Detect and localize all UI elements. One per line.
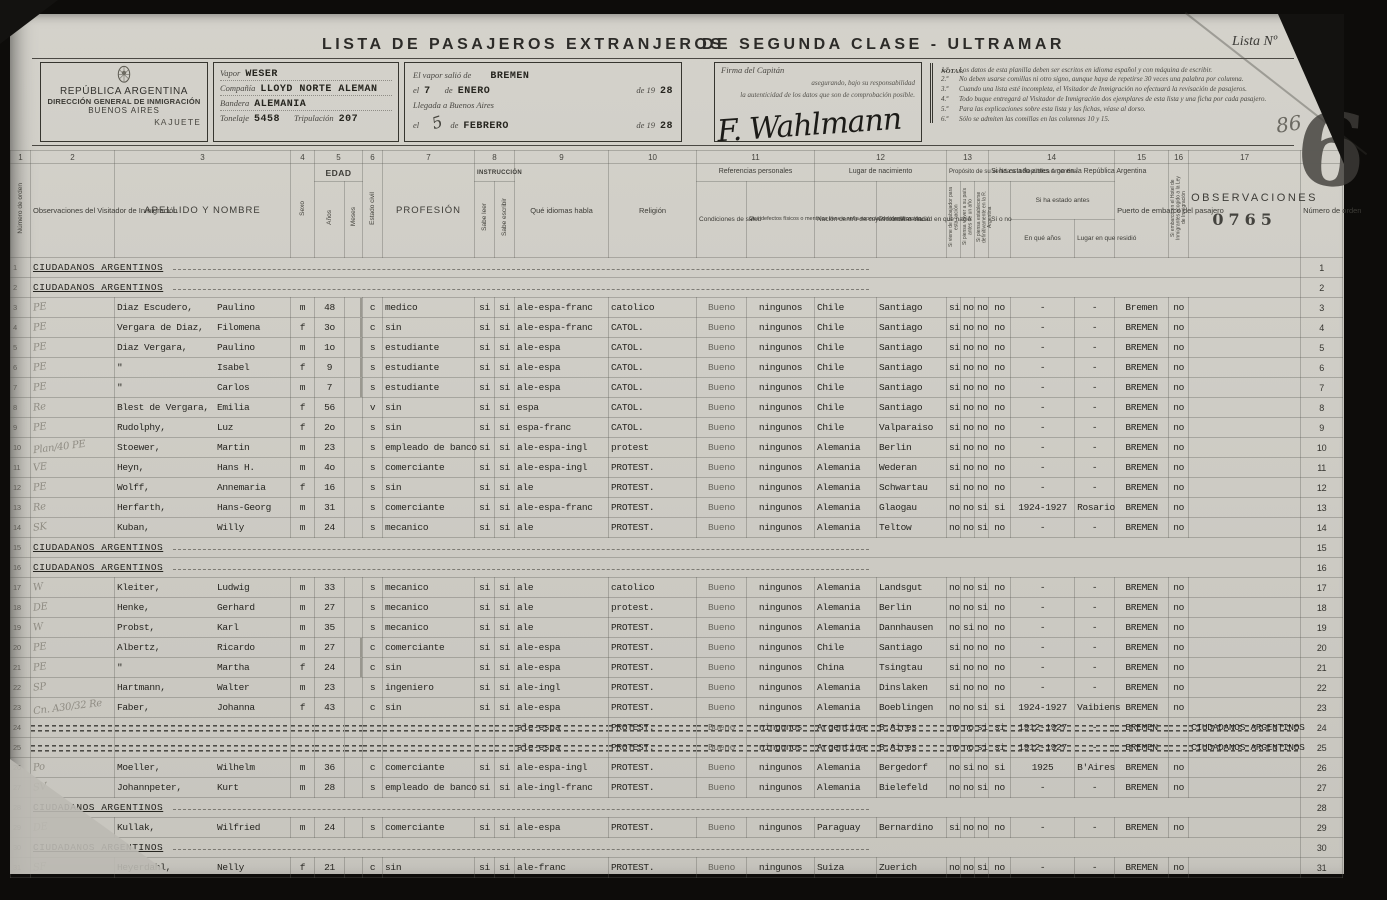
months-cell bbox=[345, 738, 363, 758]
residence-cell: Rosario bbox=[1075, 498, 1115, 518]
col-meses: Meses bbox=[345, 182, 363, 258]
been-before-cell: no bbox=[989, 518, 1011, 538]
section-row: 2CIUDADANOS ARGENTINOS2 bbox=[11, 278, 1343, 298]
nation-cell: Alemania bbox=[815, 598, 877, 618]
row-number: 4 bbox=[1301, 318, 1343, 338]
languages-cell: ale bbox=[515, 578, 609, 598]
age-cell: 4o bbox=[315, 458, 345, 478]
religion-cell: CATOL. bbox=[609, 318, 697, 338]
been-before-cell: no bbox=[989, 378, 1011, 398]
col-idiomas: Qué idiomas habla bbox=[515, 164, 609, 258]
reads-cell: si bbox=[475, 378, 495, 398]
surname: Hartmann, bbox=[117, 682, 217, 693]
months-cell bbox=[345, 658, 363, 678]
purpose-3-cell: no bbox=[975, 338, 989, 358]
been-before-cell: no bbox=[989, 358, 1011, 378]
months-cell bbox=[345, 598, 363, 618]
row-number-left: 7 bbox=[11, 378, 31, 398]
column-number: 16 bbox=[1169, 151, 1189, 164]
reads-cell: si bbox=[475, 638, 495, 658]
health-cell: Bueno bbox=[697, 438, 747, 458]
purpose-1-cell: no bbox=[947, 698, 961, 718]
name-cell: Kullak,Wilfried bbox=[115, 818, 291, 838]
purpose-3-cell: si bbox=[975, 698, 989, 718]
civil-status-cell: s bbox=[363, 338, 383, 358]
given-name: Karl bbox=[217, 622, 239, 633]
age-cell: 21 bbox=[315, 858, 345, 878]
purpose-2-cell: no bbox=[961, 418, 975, 438]
defects-cell: ningunos bbox=[747, 578, 815, 598]
purpose-3-cell: si bbox=[975, 858, 989, 878]
note-num: 6.ª bbox=[941, 115, 959, 123]
observations-cell bbox=[1189, 338, 1301, 358]
section-label: CIUDADANOS ARGENTINOS bbox=[33, 542, 163, 553]
writes-cell: si bbox=[495, 318, 515, 338]
passenger-row: 23Cn. A30/32 ReFaber,Johannaf43csinsisia… bbox=[11, 698, 1343, 718]
row-number-left: 11 bbox=[11, 458, 31, 478]
purpose-2-cell: no bbox=[961, 438, 975, 458]
writes-cell: si bbox=[495, 338, 515, 358]
llegada-label: Llegada a Buenos Aires bbox=[413, 100, 494, 110]
civil-status-cell: s bbox=[363, 378, 383, 398]
reads-cell: si bbox=[475, 518, 495, 538]
health-cell: Bueno bbox=[697, 658, 747, 678]
writes-cell: si bbox=[495, 658, 515, 678]
nation-cell: Alemania bbox=[815, 758, 877, 778]
column-number: 10 bbox=[609, 151, 697, 164]
row-number-left: 22 bbox=[11, 678, 31, 698]
province-cell: Bergedorf bbox=[877, 758, 947, 778]
hotel-cell: no bbox=[1169, 758, 1189, 778]
hotel-cell: no bbox=[1169, 418, 1189, 438]
writes-cell: si bbox=[495, 778, 515, 798]
section-row: 30CIUDADANOS ARGENTINOS30 bbox=[11, 838, 1343, 858]
months-cell bbox=[345, 618, 363, 638]
col-sabe-escribir: Sabe escribir bbox=[495, 182, 515, 258]
languages-cell: ale-espa-franc bbox=[515, 298, 609, 318]
been-before-cell: si bbox=[989, 758, 1011, 778]
languages-cell: ale bbox=[515, 618, 609, 638]
observations-cell bbox=[1189, 298, 1301, 318]
pencil-note: Re bbox=[32, 501, 46, 513]
passenger-row: 10Plan/40 PEStoewer,Martinm23sempleado d… bbox=[11, 438, 1343, 458]
column-number: 7 bbox=[383, 151, 475, 164]
given-name: Hans-Georg bbox=[217, 502, 271, 513]
profession-cell: mecanico bbox=[383, 598, 475, 618]
defects-cell: ningunos bbox=[747, 658, 815, 678]
pencil-note: PE bbox=[32, 301, 47, 314]
years-before-cell: - bbox=[1011, 598, 1075, 618]
nation-cell: Argentina bbox=[815, 718, 877, 738]
reads-cell bbox=[475, 738, 495, 758]
age-cell: 27 bbox=[315, 598, 345, 618]
llegada-year: 28 bbox=[660, 121, 673, 132]
row-number-left: 25 bbox=[11, 738, 31, 758]
residence-cell: Vaibiens bbox=[1075, 698, 1115, 718]
surname: Wolff, bbox=[117, 482, 217, 493]
section-row: 28CIUDADANOS ARGENTINOS28 bbox=[11, 798, 1343, 818]
purpose-1-cell: si bbox=[947, 478, 961, 498]
salio-label: El vapor salió de bbox=[413, 70, 471, 80]
province-cell: Bernardino bbox=[877, 818, 947, 838]
dashed-rule bbox=[173, 289, 869, 290]
profession-cell: comerciante bbox=[383, 758, 475, 778]
writes-cell: si bbox=[495, 578, 515, 598]
profession-cell bbox=[383, 738, 475, 758]
residence-cell: - bbox=[1075, 338, 1115, 358]
pencil-note: PE bbox=[32, 641, 47, 654]
given-name: Martin bbox=[217, 442, 249, 453]
languages-cell: ale-espa-ingl bbox=[515, 438, 609, 458]
months-cell bbox=[345, 418, 363, 438]
col-sexo: Sexo bbox=[291, 164, 315, 258]
margin-note-cell: W bbox=[31, 618, 115, 638]
passenger-row: 29DEKullak,Wilfriedm24scomerciantesisial… bbox=[11, 818, 1343, 838]
name-cell: "Carlos bbox=[115, 378, 291, 398]
pencil-note: VE bbox=[32, 461, 47, 474]
years-before-cell: - bbox=[1011, 398, 1075, 418]
compania-value: LLOYD NORTE ALEMAN bbox=[260, 84, 377, 95]
purpose-2-cell: no bbox=[961, 718, 975, 738]
port-cell: BREMEN bbox=[1115, 478, 1169, 498]
languages-cell: espa-franc bbox=[515, 418, 609, 438]
purpose-2-cell: no bbox=[961, 598, 975, 618]
been-before-cell: no bbox=[989, 658, 1011, 678]
note-num: 4.ª bbox=[941, 95, 959, 103]
civil-status-cell: v bbox=[363, 398, 383, 418]
been-before-cell: no bbox=[989, 778, 1011, 798]
row-number-left: 4 bbox=[11, 318, 31, 338]
health-cell: Bueno bbox=[697, 418, 747, 438]
row-number-left: 16 bbox=[11, 558, 31, 578]
been-before-cell: no bbox=[989, 398, 1011, 418]
kajuete-stamp: KAJUETE bbox=[41, 117, 207, 128]
observations-cell bbox=[1189, 818, 1301, 838]
purpose-3-cell: no bbox=[975, 638, 989, 658]
reads-cell: si bbox=[475, 778, 495, 798]
col-order-left: Número de orden bbox=[11, 164, 31, 258]
sex-cell: f bbox=[291, 398, 315, 418]
margin-note-cell: Re bbox=[31, 398, 115, 418]
column-number bbox=[1301, 151, 1343, 164]
age-cell bbox=[315, 718, 345, 738]
surname: Probst, bbox=[117, 622, 217, 633]
margin-note-cell: Po bbox=[31, 758, 115, 778]
purpose-2-cell: no bbox=[961, 738, 975, 758]
col-defectos: Qué defectos físicos o mentales tiene o … bbox=[747, 182, 815, 258]
observations-cell bbox=[1189, 638, 1301, 658]
purpose-2-cell: no bbox=[961, 498, 975, 518]
purpose-2-cell: no bbox=[961, 658, 975, 678]
observations-cell bbox=[1189, 598, 1301, 618]
hotel-cell: no bbox=[1169, 598, 1189, 618]
writes-cell: si bbox=[495, 638, 515, 658]
reads-cell: si bbox=[475, 618, 495, 638]
nation-cell: Paraguay bbox=[815, 818, 877, 838]
margin-note-cell bbox=[31, 738, 115, 758]
col-anos: Años bbox=[315, 182, 345, 258]
surname: Rudolphy, bbox=[117, 422, 217, 433]
residence-cell: - bbox=[1075, 778, 1115, 798]
months-cell bbox=[345, 438, 363, 458]
nation-cell: Chile bbox=[815, 358, 877, 378]
passenger-row: 27SVJohannpeter,Kurtm28sempleado de banc… bbox=[11, 778, 1343, 798]
purpose-3-cell: no bbox=[975, 438, 989, 458]
province-cell: Valparaiso bbox=[877, 418, 947, 438]
hotel-cell: no bbox=[1169, 618, 1189, 638]
column-number: 6 bbox=[363, 151, 383, 164]
purpose-1-cell: si bbox=[947, 678, 961, 698]
purpose-1-cell: si bbox=[947, 818, 961, 838]
purpose-1-cell: no bbox=[947, 858, 961, 878]
religion-cell: CATOL. bbox=[609, 338, 697, 358]
row-number-left: 8 bbox=[11, 398, 31, 418]
residence-cell: - bbox=[1075, 718, 1115, 738]
de-label-2: de bbox=[450, 120, 458, 130]
row-number: 6 bbox=[1301, 358, 1343, 378]
hotel-cell: no bbox=[1169, 858, 1189, 878]
writes-cell: si bbox=[495, 698, 515, 718]
margin-note-cell: PE bbox=[31, 318, 115, 338]
purpose-1-cell: si bbox=[947, 338, 961, 358]
table-body: 1CIUDADANOS ARGENTINOS12CIUDADANOS ARGEN… bbox=[11, 258, 1343, 878]
reads-cell: si bbox=[475, 498, 495, 518]
purpose-2-cell: no bbox=[961, 858, 975, 878]
row-number: 21 bbox=[1301, 658, 1343, 678]
health-cell: Bueno bbox=[697, 298, 747, 318]
sex-cell: f bbox=[291, 658, 315, 678]
port-cell: BREMEN bbox=[1115, 858, 1169, 878]
purpose-3-cell: no bbox=[975, 358, 989, 378]
hotel-cell bbox=[1169, 738, 1189, 758]
row-number: 20 bbox=[1301, 638, 1343, 658]
col-profesion: PROFESIÓN bbox=[383, 164, 475, 258]
purpose-1-cell: no bbox=[947, 718, 961, 738]
age-cell: 2o bbox=[315, 418, 345, 438]
hotel-cell: no bbox=[1169, 318, 1189, 338]
margin-note-cell: PE bbox=[31, 658, 115, 678]
profession-cell: empleado de banco bbox=[383, 778, 475, 798]
name-cell: "Isabel bbox=[115, 358, 291, 378]
observations-cell bbox=[1189, 438, 1301, 458]
struck-row: 24ale-espaPROTEST.BuenoningunosArgentina… bbox=[11, 718, 1343, 738]
months-cell bbox=[345, 518, 363, 538]
years-before-cell: - bbox=[1011, 338, 1075, 358]
hotel-cell: no bbox=[1169, 638, 1189, 658]
civil-status-cell: c bbox=[363, 638, 383, 658]
hotel-cell: no bbox=[1169, 338, 1189, 358]
been-before-cell: no bbox=[989, 598, 1011, 618]
name-cell: Kleiter,Ludwig bbox=[115, 578, 291, 598]
purpose-1-cell: no bbox=[947, 618, 961, 638]
passenger-row: 4PEVergara de Diaz,Filomenaf3ocsinsisial… bbox=[11, 318, 1343, 338]
religion-cell: catolico bbox=[609, 298, 697, 318]
religion-cell: PROTEST. bbox=[609, 678, 697, 698]
el-label-2: el bbox=[413, 120, 419, 130]
port-cell: BREMEN bbox=[1115, 338, 1169, 358]
row-number: 5 bbox=[1301, 338, 1343, 358]
pencil-note: Plan/40 PE bbox=[33, 439, 87, 456]
province-cell: Teltow bbox=[877, 518, 947, 538]
surname: Albertz, bbox=[117, 642, 217, 653]
purpose-2-cell: no bbox=[961, 638, 975, 658]
margin-note-cell: PE bbox=[31, 358, 115, 378]
profession-cell bbox=[383, 718, 475, 738]
months-cell bbox=[345, 678, 363, 698]
languages-cell: ale-espa bbox=[515, 698, 609, 718]
nation-cell: Alemania bbox=[815, 478, 877, 498]
col-lugar-residio: Lugar en que residió bbox=[1075, 220, 1115, 258]
passenger-row: 19WProbst,Karlm35smecanicosisialePROTEST… bbox=[11, 618, 1343, 638]
passenger-row: 22SPHartmann,Walterm23singenierosisiale-… bbox=[11, 678, 1343, 698]
age-cell: 36 bbox=[315, 758, 345, 778]
civil-status-cell: s bbox=[363, 358, 383, 378]
residence-cell: B'Aires bbox=[1075, 758, 1115, 778]
defects-cell: ningunos bbox=[747, 458, 815, 478]
captain-signature: F. Wahlmann bbox=[716, 102, 902, 150]
been-before-cell: no bbox=[989, 578, 1011, 598]
reads-cell: si bbox=[475, 678, 495, 698]
passenger-manifest-table: 1234567891011121314151617 Número de orde… bbox=[10, 150, 1343, 878]
margin-note-cell: W bbox=[31, 578, 115, 598]
purpose-2-cell: no bbox=[961, 578, 975, 598]
given-name: Emilia bbox=[217, 402, 249, 413]
sex-cell: m bbox=[291, 678, 315, 698]
section-cell: CIUDADANOS ARGENTINOS bbox=[31, 798, 1301, 818]
purpose-2-cell: no bbox=[961, 458, 975, 478]
port-cell: BREMEN bbox=[1115, 658, 1169, 678]
age-cell: 16 bbox=[315, 478, 345, 498]
de19-label: de 19 bbox=[636, 85, 655, 95]
hotel-cell: no bbox=[1169, 438, 1189, 458]
lista-label: Lista Nº bbox=[1232, 34, 1277, 50]
profession-cell: comerciante bbox=[383, 498, 475, 518]
name-cell: Stoewer,Martin bbox=[115, 438, 291, 458]
residence-cell: - bbox=[1075, 418, 1115, 438]
languages-cell: ale-espa-franc bbox=[515, 318, 609, 338]
name-cell bbox=[115, 718, 291, 738]
vapor-value: WESER bbox=[245, 69, 278, 80]
column-number: 3 bbox=[115, 151, 291, 164]
been-before-cell: si bbox=[989, 498, 1011, 518]
name-cell: Faber,Johanna bbox=[115, 698, 291, 718]
purpose-3-cell: no bbox=[975, 818, 989, 838]
row-number-left: 15 bbox=[11, 538, 31, 558]
given-name: Wilhelm bbox=[217, 762, 255, 773]
margin-note-cell: PE bbox=[31, 638, 115, 658]
port-cell: BREMEN bbox=[1115, 738, 1169, 758]
note-num: 5.ª bbox=[941, 105, 959, 113]
religion-cell: CATOL. bbox=[609, 358, 697, 378]
health-cell: Bueno bbox=[697, 718, 747, 738]
province-cell: B.Aires bbox=[877, 718, 947, 738]
row-number: 29 bbox=[1301, 818, 1343, 838]
defects-cell: ningunos bbox=[747, 518, 815, 538]
religion-cell: PROTEST. bbox=[609, 618, 697, 638]
profession-cell: estudiante bbox=[383, 378, 475, 398]
sex-cell: m bbox=[291, 518, 315, 538]
residence-cell: - bbox=[1075, 598, 1115, 618]
surname: Moeller, bbox=[117, 762, 217, 773]
firma-label: Firma del Capitán bbox=[721, 65, 915, 75]
name-cell: Wolff,Annemaria bbox=[115, 478, 291, 498]
col-proposito-2: Si piensa volver a su país antes de un a… bbox=[961, 182, 975, 258]
observations-cell bbox=[1189, 318, 1301, 338]
writes-cell bbox=[495, 718, 515, 738]
purpose-2-cell: no bbox=[961, 678, 975, 698]
months-cell bbox=[345, 758, 363, 778]
hotel-cell: no bbox=[1169, 698, 1189, 718]
writes-cell: si bbox=[495, 358, 515, 378]
given-name: Walter bbox=[217, 682, 249, 693]
surname: Kuban, bbox=[117, 522, 217, 533]
been-before-cell: no bbox=[989, 618, 1011, 638]
age-cell: 56 bbox=[315, 398, 345, 418]
salio-port: BREMEN bbox=[490, 71, 529, 82]
group-estado-antes: Si ha estado antes o no en la República … bbox=[989, 164, 1115, 182]
religion-cell: PROTEST. bbox=[609, 858, 697, 878]
years-before-cell: - bbox=[1011, 478, 1075, 498]
given-name: Ricardo bbox=[217, 642, 255, 653]
hotel-cell: no bbox=[1169, 358, 1189, 378]
observations-cell bbox=[1189, 358, 1301, 378]
pencil-note: SK bbox=[32, 521, 47, 534]
margin-note-cell: Plan/40 PE bbox=[31, 438, 115, 458]
reads-cell: si bbox=[475, 318, 495, 338]
row-number-left: 23 bbox=[11, 698, 31, 718]
section-label: CIUDADANOS ARGENTINOS bbox=[33, 282, 163, 293]
province-cell: Santiago bbox=[877, 358, 947, 378]
port-cell: BREMEN bbox=[1115, 418, 1169, 438]
civil-status-cell: c bbox=[363, 658, 383, 678]
writes-cell: si bbox=[495, 518, 515, 538]
health-cell: Bueno bbox=[697, 318, 747, 338]
purpose-1-cell: si bbox=[947, 438, 961, 458]
defects-cell: ningunos bbox=[747, 338, 815, 358]
been-before-cell: no bbox=[989, 458, 1011, 478]
nation-cell: Alemania bbox=[815, 778, 877, 798]
observations-cell bbox=[1189, 698, 1301, 718]
health-cell: Bueno bbox=[697, 378, 747, 398]
purpose-1-cell: no bbox=[947, 778, 961, 798]
purpose-1-cell: si bbox=[947, 318, 961, 338]
column-number: 12 bbox=[815, 151, 947, 164]
writes-cell: si bbox=[495, 858, 515, 878]
writes-cell bbox=[495, 738, 515, 758]
age-cell: 31 bbox=[315, 498, 345, 518]
health-cell: Bueno bbox=[697, 358, 747, 378]
reads-cell: si bbox=[475, 438, 495, 458]
port-cell: BREMEN bbox=[1115, 678, 1169, 698]
months-cell bbox=[345, 498, 363, 518]
margin-note-cell bbox=[31, 718, 115, 738]
passenger-row: 26PoMoeller,Wilhelmm36ccomerciantesisial… bbox=[11, 758, 1343, 778]
row-number: 19 bbox=[1301, 618, 1343, 638]
form-header-band: REPÚBLICA ARGENTINA DIRECCIÓN GENERAL DE… bbox=[32, 58, 1294, 146]
profession-cell: mecanico bbox=[383, 618, 475, 638]
note-num: 1.ª bbox=[941, 66, 959, 74]
purpose-1-cell: no bbox=[947, 738, 961, 758]
languages-cell: ale-espa bbox=[515, 738, 609, 758]
writes-cell: si bbox=[495, 378, 515, 398]
health-cell: Bueno bbox=[697, 478, 747, 498]
reads-cell: si bbox=[475, 418, 495, 438]
observations-cell bbox=[1189, 498, 1301, 518]
profession-cell: comerciante bbox=[383, 458, 475, 478]
province-cell: Santiago bbox=[877, 638, 947, 658]
profession-cell: mecanico bbox=[383, 578, 475, 598]
religion-cell: PROTEST. bbox=[609, 718, 697, 738]
